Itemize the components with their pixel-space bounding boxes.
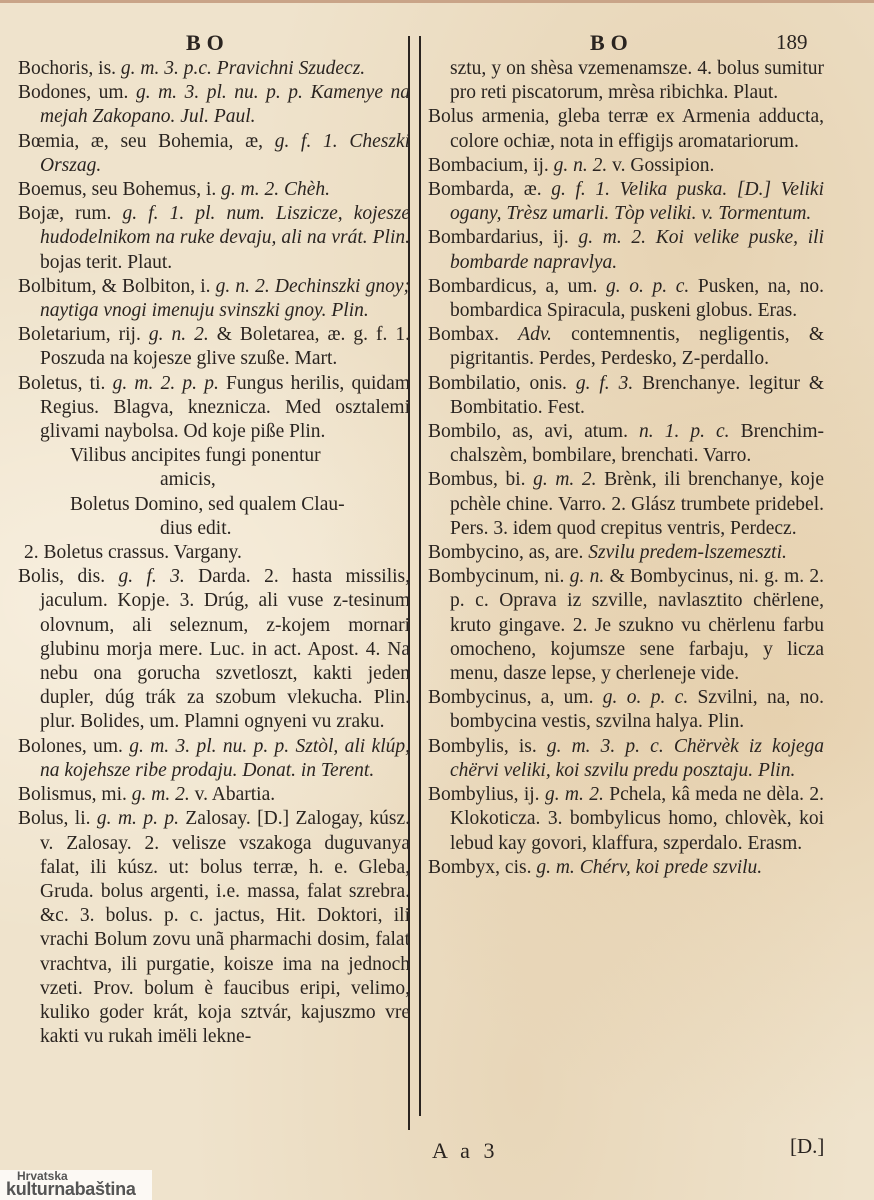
lemma: Boletus, ti. bbox=[18, 373, 105, 394]
lemma: Bombilo, as, avi, atum. bbox=[428, 421, 628, 442]
entry-bombarda: Bombarda, æ. g. f. 1. Velika puska. [D.]… bbox=[428, 178, 824, 226]
grammar: g. m. 2. bbox=[545, 784, 604, 805]
entry-boiae: Bojæ, rum. g. f. 1. pl. num. Liszicze, k… bbox=[18, 202, 410, 275]
lemma: Bombycinum, ni. bbox=[428, 566, 564, 587]
definition: 2. Boletus crassus. Vargany. bbox=[24, 542, 242, 563]
definition: sztu, y on shèsa vzemenamsze. 4. bolus s… bbox=[450, 58, 824, 103]
grammar: g. n. bbox=[570, 566, 605, 587]
lemma: Bodones, um. bbox=[18, 82, 128, 103]
grammar: g. f. 1. pl. num. bbox=[123, 203, 265, 224]
lemma: Bombilatio, onis. bbox=[428, 373, 567, 394]
quotation-verse: Vilibus ancipites fungi ponentur amicis,… bbox=[18, 444, 410, 541]
entry-bolis: Bolis, dis. g. f. 3. Darda. 2. hasta mis… bbox=[18, 565, 410, 734]
entry-bolus: Bolus, li. g. m. p. p. Zalosay. [D.] Zal… bbox=[18, 807, 410, 1049]
running-head-left: BO bbox=[186, 30, 230, 56]
definition-extra: bojas terit. Plaut. bbox=[40, 252, 172, 273]
entry-bombacium: Bombacium, ij. g. n. 2. v. Gossipion. bbox=[428, 154, 824, 178]
grammar: g. m. bbox=[536, 857, 574, 878]
grammar: g. m. 2. p. p. bbox=[113, 373, 219, 394]
definition: Chèh. bbox=[284, 179, 330, 200]
lemma: Bojæ, rum. bbox=[18, 203, 111, 224]
grammar: g. f. 1. bbox=[275, 131, 338, 152]
entry-bombilatio: Bombilatio, onis. g. f. 3. Brenchanye. l… bbox=[428, 372, 824, 420]
entry-boletus-2: 2. Boletus crassus. Vargany. bbox=[18, 541, 410, 565]
page-top-edge bbox=[0, 0, 874, 3]
entry-bolus-continued: sztu, y on shèsa vzemenamsze. 4. bolus s… bbox=[428, 57, 824, 105]
printer-signature: A a 3 bbox=[432, 1138, 498, 1164]
entry-bolbitum: Bolbitum, & Bolbiton, i. g. n. 2. Dechin… bbox=[18, 275, 410, 323]
lemma: Bœmia, æ, seu Bohemia, æ, bbox=[18, 131, 263, 152]
grammar: g. f. 3. bbox=[576, 373, 633, 394]
grammar: g. m. 2. bbox=[221, 179, 279, 200]
lemma: Bombax. bbox=[428, 324, 499, 345]
lemma: Bolis, dis. bbox=[18, 566, 105, 587]
grammar: g. m. 2. bbox=[533, 469, 596, 490]
definition: contemnentis, negligentis, & pigritantis… bbox=[450, 324, 824, 369]
entry-bodones: Bodones, um. g. m. 3. pl. nu. p. p. Kame… bbox=[18, 81, 410, 129]
definition: Zalosay. [D.] Zalogay, kúsz. v. Zalosay.… bbox=[40, 808, 410, 1047]
entry-bolus-armenia: Bolus armenia, gleba terræ ex Armenia ad… bbox=[428, 105, 824, 153]
lemma: Bombardicus, a, um. bbox=[428, 276, 597, 297]
entry-bombax: Bombax. Adv. contemnentis, negligentis, … bbox=[428, 323, 824, 371]
lemma: Bombyx, cis. bbox=[428, 857, 531, 878]
entry-bolismus: Bolismus, mi. g. m. 2. v. Abartia. bbox=[18, 783, 410, 807]
lemma: Bombycino, as, are. bbox=[428, 542, 583, 563]
right-column: sztu, y on shèsa vzemenamsze. 4. bolus s… bbox=[428, 57, 824, 880]
definition: Chérv, koi prede szvilu. bbox=[580, 857, 763, 878]
catchword: [D.] bbox=[790, 1134, 824, 1159]
entry-boletarium: Boletarium, rij. g. n. 2. & Boletarea, æ… bbox=[18, 323, 410, 371]
lemma: Bombycinus, a, um. bbox=[428, 687, 593, 708]
entry-bochoris: Bochoris, is. g. m. 3. p.c. Pravichni Sz… bbox=[18, 57, 410, 81]
verse-line: amicis, bbox=[70, 468, 410, 492]
entry-bombilo: Bombilo, as, avi, atum. n. 1. p. c. Bren… bbox=[428, 420, 824, 468]
entry-boemia: Bœmia, æ, seu Bohemia, æ, g. f. 1. Chesz… bbox=[18, 130, 410, 178]
definition: Darda. 2. hasta missilis, jaculum. Kopje… bbox=[40, 566, 410, 732]
entry-boletus: Boletus, ti. g. m. 2. p. p. Fungus heril… bbox=[18, 372, 410, 445]
left-column: Bochoris, is. g. m. 3. p.c. Pravichni Sz… bbox=[18, 57, 410, 1049]
entry-bombardicus: Bombardicus, a, um. g. o. p. c. Pusken, … bbox=[428, 275, 824, 323]
grammar: g. m. 3. pl. nu. p. p. bbox=[136, 82, 303, 103]
entry-bombus: Bombus, bi. g. m. 2. Brènk, ili brenchan… bbox=[428, 468, 824, 541]
definition: v. Abartia. bbox=[195, 784, 276, 805]
lemma: Bochoris, is. bbox=[18, 58, 116, 79]
lemma: Bolus, li. bbox=[18, 808, 91, 829]
hrvatska-kulturna-bastina-logo: Hrvatska kulturnabaština bbox=[0, 1170, 152, 1200]
lemma: Bolbitum, & Bolbiton, i. bbox=[18, 276, 211, 297]
entry-bombylis: Bombylis, is. g. m. 3. p. c. Chërvèk iz … bbox=[428, 735, 824, 783]
dictionary-page: BO BO 189 Bochoris, is. g. m. 3. p.c. Pr… bbox=[0, 0, 874, 1200]
verse-line: dius edit. bbox=[70, 517, 410, 541]
verse-line: Boletus Domino, sed qualem Clau- bbox=[70, 493, 410, 517]
grammar: g. m. 2. bbox=[578, 227, 646, 248]
grammar: g. o. p. c. bbox=[603, 687, 688, 708]
entry-bolones: Bolones, um. g. m. 3. pl. nu. p. p. Sztò… bbox=[18, 735, 410, 783]
lemma: Bombylis, is. bbox=[428, 736, 537, 757]
definition: v. Gossipion. bbox=[612, 155, 714, 176]
lemma: Boemus, seu Bohemus, i. bbox=[18, 179, 216, 200]
grammar: n. 1. p. c. bbox=[639, 421, 730, 442]
lemma: Bolismus, mi. bbox=[18, 784, 127, 805]
grammar: g. n. 2. bbox=[216, 276, 270, 297]
running-head-right: BO bbox=[590, 30, 634, 56]
grammar: Adv. bbox=[518, 324, 552, 345]
entry-bombycino: Bombycino, as, are. Szvilu predem-lszeme… bbox=[428, 541, 824, 565]
grammar: g. f. 1. bbox=[551, 179, 610, 200]
grammar: g. m. 2. bbox=[132, 784, 190, 805]
definition: Pravichni Szudecz. bbox=[217, 58, 365, 79]
grammar: g. m. 3. p. c. bbox=[547, 736, 664, 757]
entry-boemus: Boemus, seu Bohemus, i. g. m. 2. Chèh. bbox=[18, 178, 410, 202]
verse-line: Vilibus ancipites fungi ponentur bbox=[70, 444, 410, 468]
entry-bombycinus: Bombycinus, a, um. g. o. p. c. Szvilni, … bbox=[428, 686, 824, 734]
grammar: g. m. 3. pl. nu. p. p. bbox=[129, 736, 289, 757]
lemma: Bombacium, ij. bbox=[428, 155, 549, 176]
entry-bombylius: Bombylius, ij. g. m. 2. Pchela, kâ meda … bbox=[428, 783, 824, 856]
lemma: Bombardarius, ij. bbox=[428, 227, 569, 248]
grammar: g. n. 2. bbox=[149, 324, 209, 345]
lemma: Bombus, bi. bbox=[428, 469, 526, 490]
grammar: g. m. 3. p.c. bbox=[121, 58, 212, 79]
entry-bombardarius: Bombardarius, ij. g. m. 2. Koi velike pu… bbox=[428, 226, 824, 274]
column-rule-right bbox=[419, 36, 421, 1116]
lemma: Bombarda, æ. bbox=[428, 179, 542, 200]
grammar: g. m. p. p. bbox=[97, 808, 179, 829]
lemma: Bolones, um. bbox=[18, 736, 123, 757]
watermark-line-2: kulturnabaština bbox=[6, 1180, 136, 1198]
entry-bombyx: Bombyx, cis. g. m. Chérv, koi prede szvi… bbox=[428, 856, 824, 880]
lemma: Boletarium, rij. bbox=[18, 324, 141, 345]
lemma: Bombylius, ij. bbox=[428, 784, 540, 805]
page-number: 189 bbox=[776, 30, 808, 55]
entry-bombycinum: Bombycinum, ni. g. n. & Bombycinus, ni. … bbox=[428, 565, 824, 686]
grammar: g. f. 3. bbox=[118, 566, 184, 587]
lemma: Bolus armenia, bbox=[428, 106, 549, 127]
grammar: g. n. 2. bbox=[554, 155, 608, 176]
definition: Szvilu predem-lszemeszti. bbox=[588, 542, 787, 563]
grammar: g. o. p. c. bbox=[606, 276, 689, 297]
